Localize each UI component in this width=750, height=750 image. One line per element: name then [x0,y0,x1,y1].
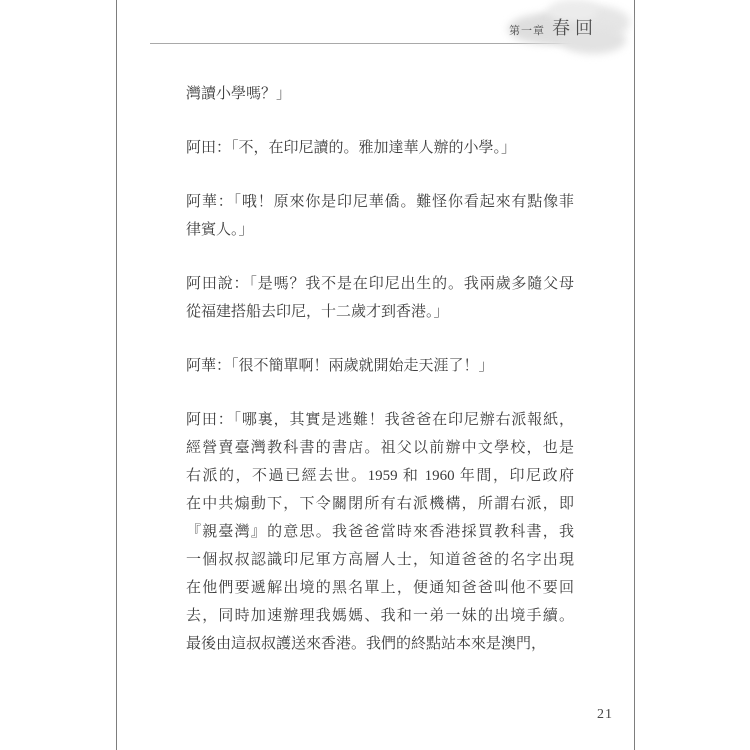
chapter-header: 第一章 春回 [509,14,598,40]
page-edge-rule-left [116,0,117,750]
page-number: 21 [597,707,613,723]
chapter-title: 春回 [552,14,598,40]
text-line: 去，同時加速辦理我媽媽、我和一弟一妹的出境手續。 [186,602,574,630]
paragraph: 阿田：「不，在印尼讀的。雅加達華人辦的小學。」 [186,134,574,162]
paragraph: 阿華：「哦！原來你是印尼華僑。難怪你看起來有點像菲律賓人。」 [186,188,574,244]
text-line: 阿華：「哦！原來你是印尼華僑。難怪你看起來有點像菲 [186,188,574,216]
text-line: 律賓人。」 [186,216,574,244]
text-line: 在中共煽動下，下令關閉所有右派機構，所謂右派，即 [186,490,574,518]
text-line: 『親臺灣』的意思。我爸爸當時來香港採買教科書，我 [186,518,574,546]
text-line: 經營賣臺灣教科書的書店。祖父以前辦中文學校，也是 [186,434,574,462]
header-divider-line [150,43,573,44]
text-line: 右派的，不過已經去世。1959 和 1960 年間，印尼政府 [186,462,574,490]
page-edge-rule-right [634,0,635,750]
text-line: 阿華：「很不簡單啊！兩歲就開始走天涯了！」 [186,352,574,380]
text-line: 最後由這叔叔護送來香港。我們的終點站本來是澳門， [186,630,574,658]
book-page: 第一章 春回 灣讀小學嗎？」阿田：「不，在印尼讀的。雅加達華人辦的小學。」阿華：… [0,0,750,750]
text-line: 灣讀小學嗎？」 [186,80,574,108]
text-line: 在他們要遞解出境的黑名單上，便通知爸爸叫他不要回 [186,574,574,602]
paragraph: 阿華：「很不簡單啊！兩歲就開始走天涯了！」 [186,352,574,380]
paragraph: 阿田：「哪裏，其實是逃難！我爸爸在印尼辦右派報紙，經營賣臺灣教科書的書店。祖父以… [186,406,574,658]
body-text: 灣讀小學嗎？」阿田：「不，在印尼讀的。雅加達華人辦的小學。」阿華：「哦！原來你是… [186,80,574,658]
paragraph: 阿田說：「是嗎？我不是在印尼出生的。我兩歲多隨父母從福建搭船去印尼，十二歲才到香… [186,270,574,326]
text-line: 阿田說：「是嗎？我不是在印尼出生的。我兩歲多隨父母 [186,270,574,298]
chapter-number-label: 第一章 [509,22,545,38]
text-line: 從福建搭船去印尼，十二歲才到香港。」 [186,298,574,326]
text-line: 一個叔叔認識印尼軍方高層人士，知道爸爸的名字出現 [186,546,574,574]
text-line: 阿田：「哪裏，其實是逃難！我爸爸在印尼辦右派報紙， [186,406,574,434]
paragraph: 灣讀小學嗎？」 [186,80,574,108]
text-line: 阿田：「不，在印尼讀的。雅加達華人辦的小學。」 [186,134,574,162]
